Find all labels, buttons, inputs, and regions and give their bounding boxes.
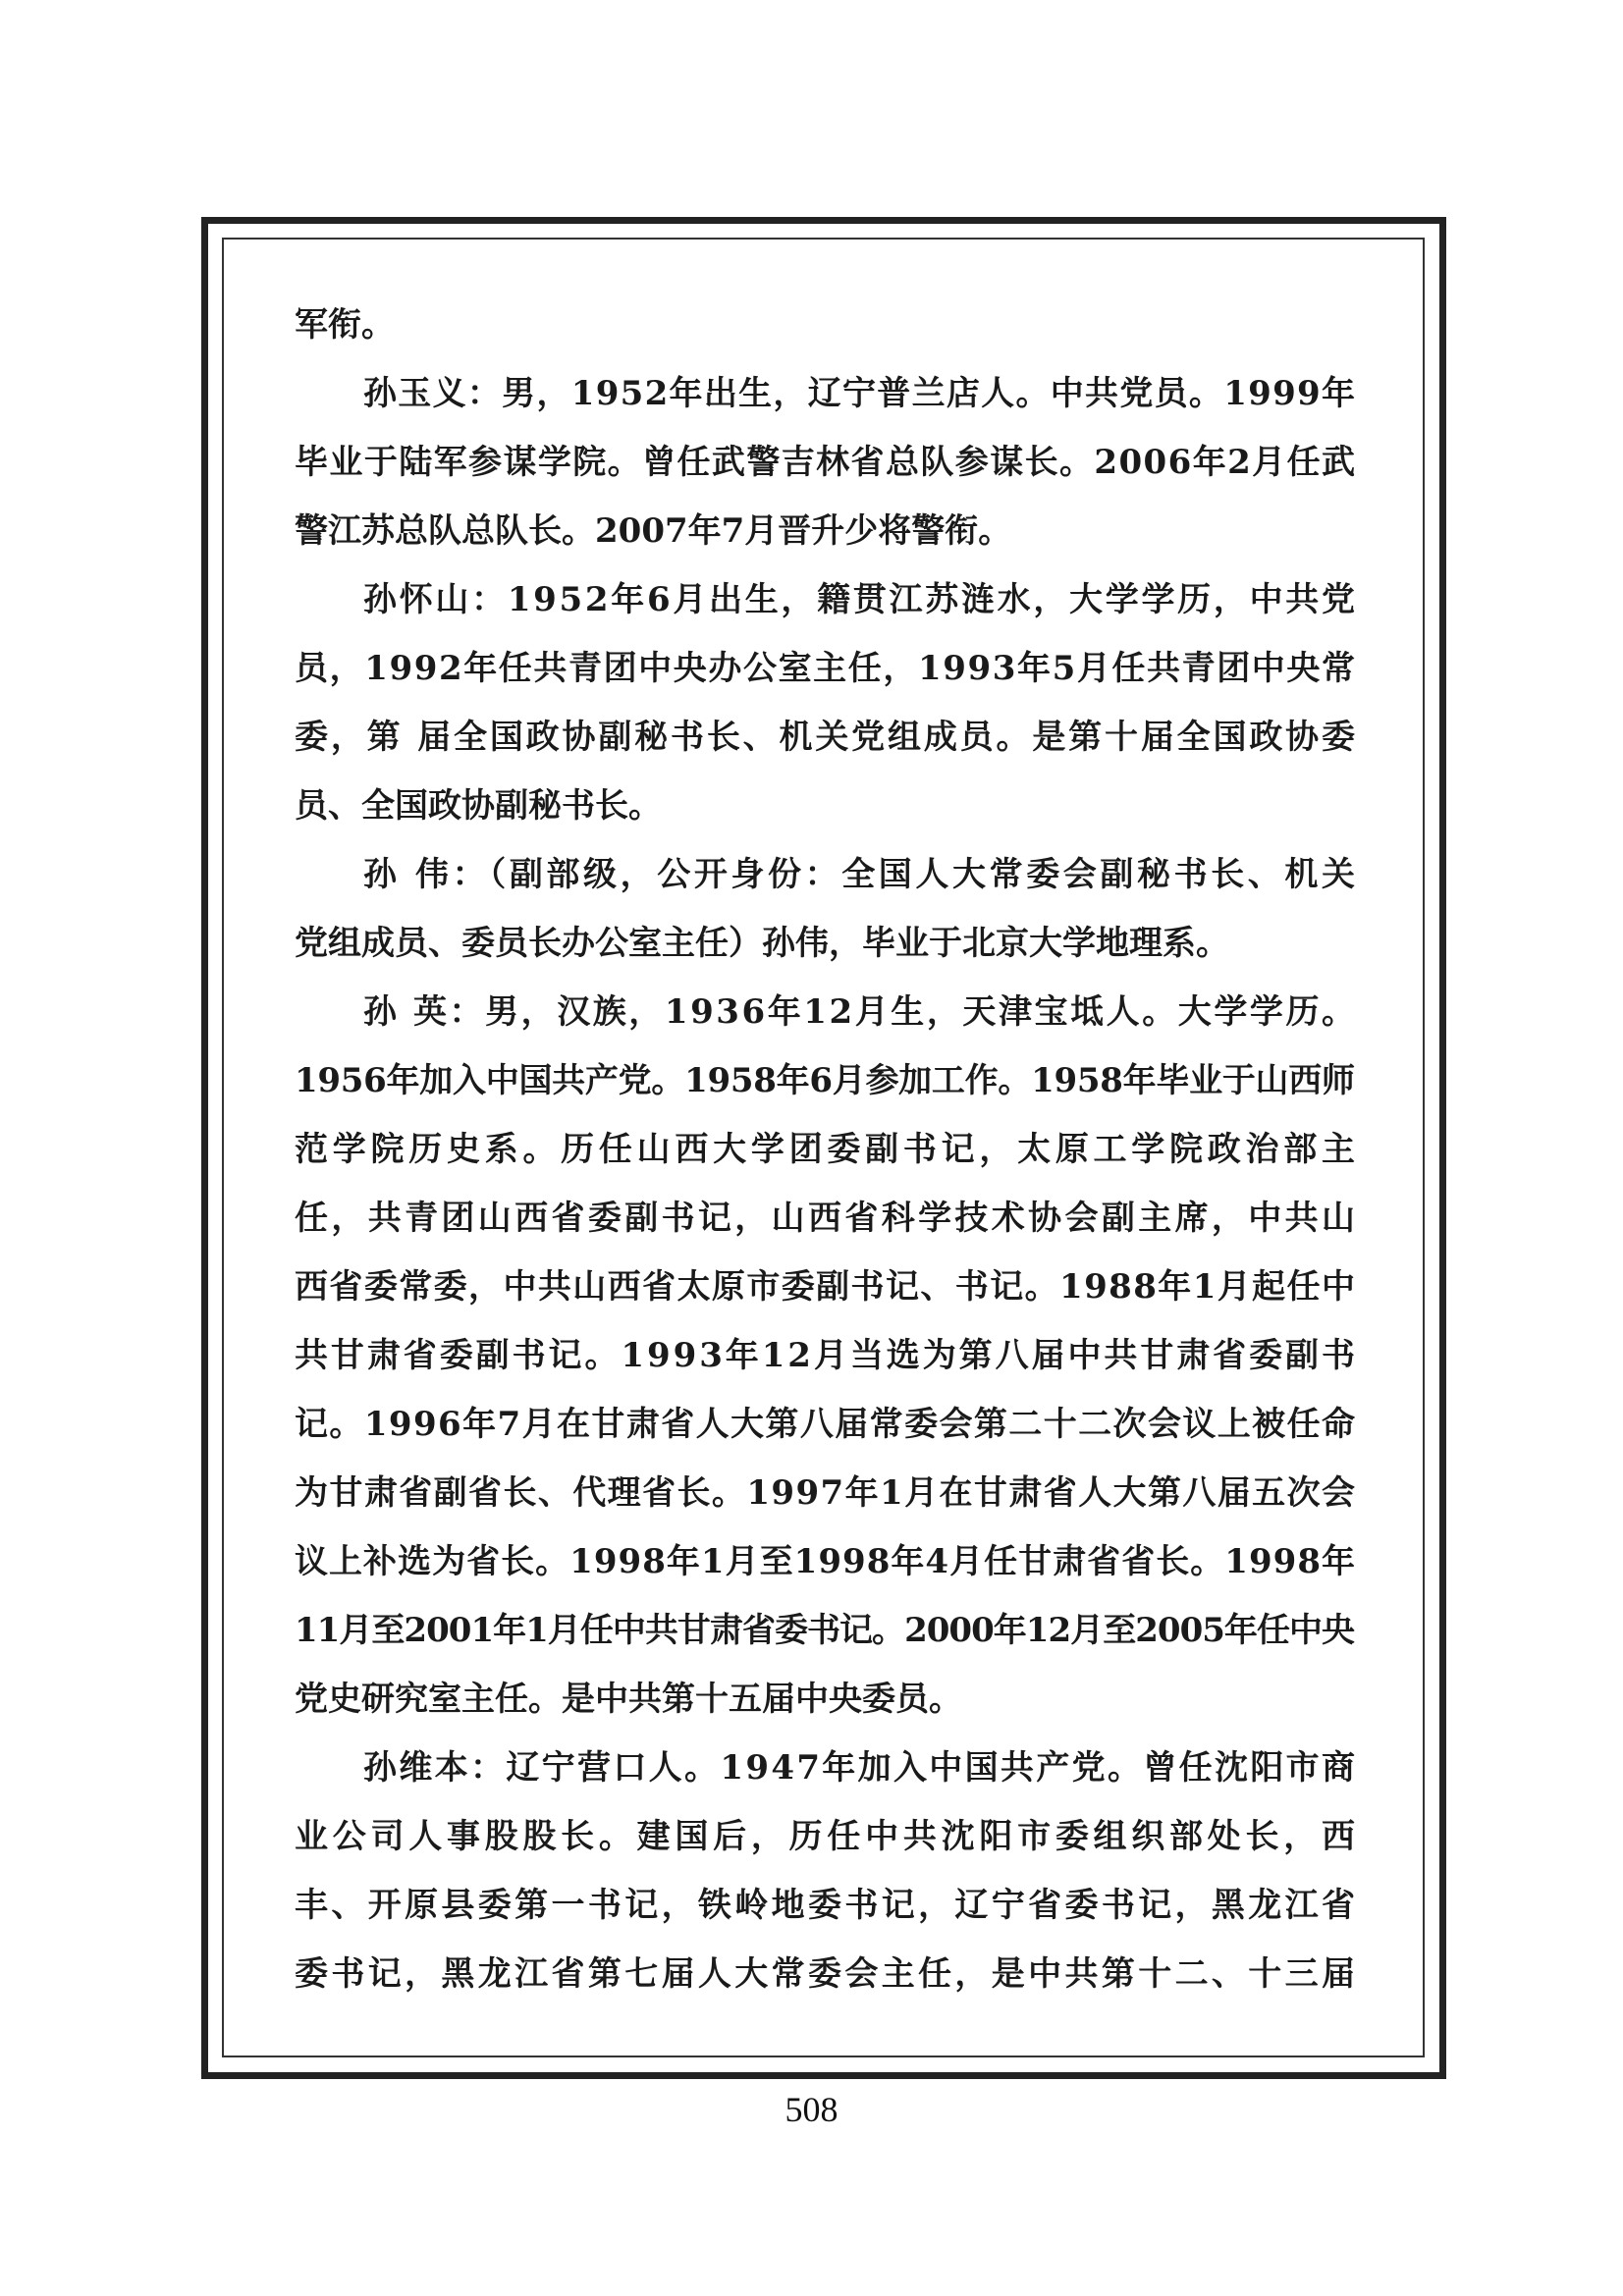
text-line: 议上补选为省长。1998年1月至1998年4月任甘肃省省长。1998年 [295,1527,1355,1596]
text-line: 为甘肃省副省长、代理省长。1997年1月在甘肃省人大第八届五次会 [295,1459,1355,1527]
text-line: 员、全国政协副秘书长。 [295,772,1355,840]
text-line: 毕业于陆军参谋学院。曾任武警吉林省总队参谋长。2006年2月任武 [295,428,1355,497]
paragraph-sun-wei: 孙 伟：（副部级，公开身份：全国人大常委会副秘书长、机关 党组成员、委员长办公室… [295,840,1355,978]
text-line: 范学院历史系。历任山西大学团委副书记，太原工学院政治部主 [295,1115,1355,1184]
text-line: 党组成员、委员长办公室主任）孙伟，毕业于北京大学地理系。 [295,909,1355,978]
page-number: 508 [0,2089,1623,2130]
text-line: 孙 英：男，汉族，1936年12月生，天津宝坻人。大学学历。 [295,978,1355,1046]
text-line: 孙 伟：（副部级，公开身份：全国人大常委会副秘书长、机关 [295,840,1355,909]
text-line: 孙玉义：男，1952年出生，辽宁普兰店人。中共党员。1999年 [295,359,1355,428]
text-line: 1956年加入中国共产党。1958年6月参加工作。1958年毕业于山西师 [295,1046,1355,1115]
text-line: 西省委常委，中共山西省太原市委副书记、书记。1988年1月起任中 [295,1253,1355,1321]
text-line: 孙怀山：1952年6月出生，籍贯江苏涟水，大学学历，中共党 [295,565,1355,634]
paragraph-sun-ying: 孙 英：男，汉族，1936年12月生，天津宝坻人。大学学历。 1956年加入中国… [295,978,1355,1734]
text-line: 任，共青团山西省委副书记，山西省科学技术协会副主席，中共山 [295,1184,1355,1253]
paragraph-sun-weiben: 孙维本：辽宁营口人。1947年加入中国共产党。曾任沈阳市商 业公司人事股股长。建… [295,1734,1355,2008]
text-line: 业公司人事股股长。建国后，历任中共沈阳市委组织部处长，西 [295,1802,1355,1871]
text-line: 委，第 届全国政协副秘书长、机关党组成员。是第十届全国政协委 [295,703,1355,772]
text-line: 员，1992年任共青团中央办公室主任，1993年5月任共青团中央常 [295,634,1355,703]
text-line: 共甘肃省委副书记。1993年12月当选为第八届中共甘肃省委副书 [295,1321,1355,1390]
paragraph-sun-yuyi: 孙玉义：男，1952年出生，辽宁普兰店人。中共党员。1999年 毕业于陆军参谋学… [295,359,1355,565]
text-line: 孙维本：辽宁营口人。1947年加入中国共产党。曾任沈阳市商 [295,1734,1355,1802]
text-line: 委书记，黑龙江省第七届人大常委会主任，是中共第十二、十三届 [295,1940,1355,2008]
paragraph-continuation: 军衔。 [295,291,1355,359]
text-line: 党史研究室主任。是中共第十五届中央委员。 [295,1665,1355,1734]
body-text: 军衔。 孙玉义：男，1952年出生，辽宁普兰店人。中共党员。1999年 毕业于陆… [295,291,1355,2008]
text-line: 11月至2001年1月任中共甘肃省委书记。2000年12月至2005年任中央 [295,1596,1355,1665]
text-line: 警江苏总队总队长。2007年7月晋升少将警衔。 [295,497,1355,565]
text-line: 丰、开原县委第一书记，铁岭地委书记，辽宁省委书记，黑龙江省 [295,1871,1355,1940]
paragraph-sun-huaishan: 孙怀山：1952年6月出生，籍贯江苏涟水，大学学历，中共党 员，1992年任共青… [295,565,1355,840]
text-line: 记。1996年7月在甘肃省人大第八届常委会第二十二次会议上被任命 [295,1390,1355,1459]
text-line: 军衔。 [295,291,1355,359]
